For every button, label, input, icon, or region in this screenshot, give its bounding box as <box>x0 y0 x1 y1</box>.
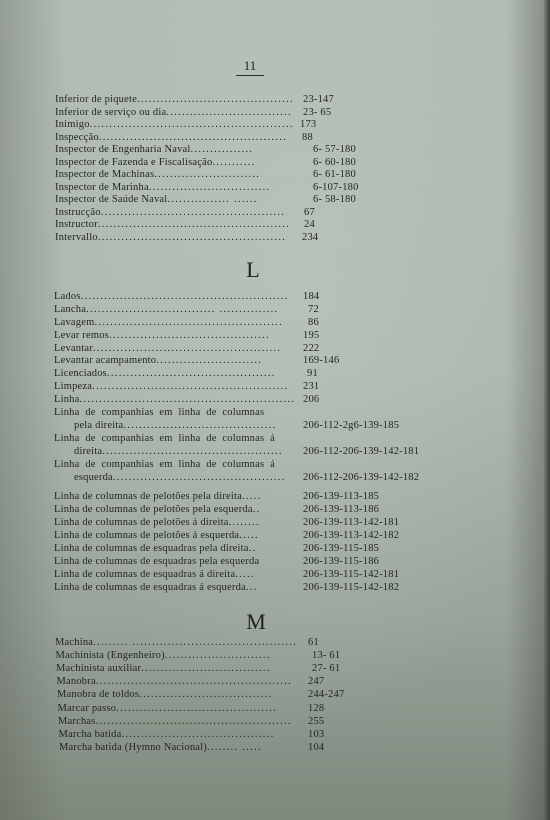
entry-term: Inimigo.................................… <box>55 118 294 131</box>
leader-dots: ................................. ......… <box>86 304 278 315</box>
entry-term: Instructor..............................… <box>55 218 290 231</box>
entry-term: Limpeza.................................… <box>54 380 288 393</box>
leader-dots: ........................................… <box>116 703 277 714</box>
page-number: 11 <box>200 58 300 74</box>
index-entry: Inimigo.................................… <box>55 118 495 131</box>
leader-dots: ........................................… <box>102 446 283 457</box>
entry-pages: 206-139-115-142-182 <box>303 581 399 594</box>
leader-dots: ........................................… <box>96 676 292 687</box>
leader-dots: ........................................… <box>94 317 282 328</box>
entry-term: Linha de columnas de esquadras pela esqu… <box>54 555 259 568</box>
entry-term: Inspector de Engenharia Naval...........… <box>55 143 253 156</box>
leader-dots: ............................... <box>149 182 271 193</box>
entry-pages: 206-139-115-185 <box>303 542 379 555</box>
leader-dots: ..... <box>242 491 262 502</box>
index-entry: Inferior de piquete.....................… <box>55 93 495 106</box>
entry-pages: 195 <box>303 329 319 342</box>
leader-dots: ........................... <box>156 355 262 366</box>
leader-dots: ........................................… <box>80 394 296 405</box>
entry-term: Intervallo..............................… <box>55 231 286 244</box>
leader-dots: ........................................… <box>93 343 281 354</box>
entry-term: Machinista (Engenheiro).................… <box>56 649 271 662</box>
entry-pages: 247 <box>308 675 324 688</box>
entry-term: Linha de columnas de pelotões pela esque… <box>54 503 261 516</box>
leader-dots: ................ <box>191 144 254 155</box>
index-entry: Inspector de Engenharia Naval...........… <box>55 143 495 156</box>
entry-term: Linha de columnas de pelotões á direita.… <box>54 516 260 529</box>
leader-dots: ......... ..............................… <box>93 637 297 648</box>
entry-pages: 255 <box>308 715 324 728</box>
index-entry: Levar remos.............................… <box>54 329 494 342</box>
index-entry: Linha de columnas de pelotões á direita.… <box>54 516 494 529</box>
entry-term: Manobra.................................… <box>57 675 293 688</box>
leader-dots: ........................................ <box>137 94 294 105</box>
entry-pages: 206-112-206-139-142-181 <box>303 445 419 458</box>
entry-pages: 244-247 <box>308 688 344 701</box>
entry-pages: 234 <box>302 231 318 244</box>
entry-pages: 6- 57-180 <box>313 143 356 156</box>
leader-dots: ........................................… <box>81 291 289 302</box>
leader-dots: ....................................... <box>121 729 274 740</box>
leader-dots: ........... <box>212 157 255 168</box>
entry-term: Manobra de toldos.......................… <box>57 688 273 701</box>
leader-dots: ........................................… <box>101 207 285 218</box>
entry-term: Linha de companhias em linha de columnas <box>54 406 264 419</box>
leader-dots: ..... <box>235 569 255 580</box>
index-entry: Marchas.................................… <box>58 715 498 728</box>
entry-pages: 206-139-115-186 <box>303 555 379 568</box>
entry-term: Marcar passo............................… <box>58 702 278 715</box>
entry-pages: 169-146 <box>303 354 339 367</box>
entry-pages: 86 <box>308 316 319 329</box>
entry-term: Inspector de Machinas...................… <box>55 168 260 181</box>
entry-term-continuation: direita.................................… <box>74 445 283 458</box>
index-entry: Linha de columnas de pelotões á esquerda… <box>54 529 494 542</box>
entry-term: Lados...................................… <box>54 290 289 303</box>
entry-pages: 184 <box>303 290 319 303</box>
entry-term: Machinista auxiliar.....................… <box>56 662 271 675</box>
leader-dots: ........................................… <box>92 381 288 392</box>
entry-pages: 206 <box>303 393 319 406</box>
entry-pages: 206-112-206-139-142-182 <box>303 471 419 484</box>
index-entry: Linha de columnas de pelotões pela esque… <box>54 503 494 516</box>
leader-dots: ........................................… <box>107 368 276 379</box>
entry-pages: 104 <box>308 741 324 754</box>
index-entry: Lancha................................. … <box>54 303 494 316</box>
entry-term: Marcha batida...........................… <box>59 728 275 741</box>
index-entry: Linha de companhias em linha de columnas… <box>54 406 494 432</box>
entry-pages: 72 <box>308 303 319 316</box>
leader-dots: ... <box>246 582 258 593</box>
index-entry: Lados...................................… <box>54 290 494 303</box>
entry-pages: 128 <box>308 702 324 715</box>
index-entry: Linha de columnas de esquadras pela dire… <box>54 542 494 555</box>
entry-term: Linha de columnas de pelotões pela direi… <box>54 490 262 503</box>
index-entry: Linha...................................… <box>54 393 494 406</box>
index-entry: Linha de columnas de pelotões pela direi… <box>54 490 494 503</box>
leader-dots: ........................................… <box>113 472 286 483</box>
leader-dots: ........................... <box>154 169 260 180</box>
entry-pages: 206-139-115-142-181 <box>303 568 399 581</box>
index-entry: Inspector de Saúde Naval................… <box>55 193 495 206</box>
index-entry: Manobra.................................… <box>57 675 497 688</box>
entry-pages: 206-139-113-142-181 <box>303 516 399 529</box>
index-entry: Linha de columnas de esquadras á direita… <box>54 568 494 581</box>
leader-dots: .................................. <box>139 689 272 700</box>
entry-pages: 27- 61 <box>312 662 340 675</box>
leader-dots: ........................................… <box>99 132 287 143</box>
entry-pages: 103 <box>308 728 324 741</box>
entry-term: Lavagem.................................… <box>54 316 283 329</box>
entry-pages: 206-139-113-142-182 <box>303 529 399 542</box>
leader-dots: ........................................… <box>90 119 294 130</box>
leader-dots: ........ ..... <box>207 742 262 753</box>
entry-term: Licenciados.............................… <box>54 367 276 380</box>
index-entry: Levantar acampamento....................… <box>54 354 494 367</box>
index-entry: Machina......... .......................… <box>55 636 495 649</box>
entry-term: Linha de companhias em linha de columnas… <box>54 458 275 471</box>
leader-dots: ................ ...... <box>167 194 257 205</box>
index-entry: Linha de columnas de esquadras á esquerd… <box>54 581 494 594</box>
entry-term: Linha de columnas de esquadras á direita… <box>54 568 255 581</box>
index-entry: Machinista auxiliar.....................… <box>56 662 496 675</box>
index-entry: Lavagem.................................… <box>54 316 494 329</box>
index-entry: Instructor..............................… <box>55 218 495 231</box>
leader-dots: ..... <box>239 530 259 541</box>
entry-term: Linha de columnas de pelotões á esquerda… <box>54 529 259 542</box>
leader-dots: ........................................… <box>98 219 290 230</box>
entry-pages: 24 <box>304 218 315 231</box>
index-entry: Limpeza.................................… <box>54 380 494 393</box>
leader-dots: ....................................... <box>123 420 276 431</box>
index-entry: Marcha batida (Hymno Nacional)........ .… <box>59 741 499 754</box>
index-entry: Marcar passo............................… <box>58 702 498 715</box>
entry-term: Levantar acampamento....................… <box>54 354 262 367</box>
leader-dots: ........................................… <box>98 232 286 243</box>
entry-term: Lancha................................. … <box>54 303 278 316</box>
entry-term-continuation: pela direita............................… <box>74 419 276 432</box>
entry-pages: 61 <box>308 636 319 649</box>
entry-pages: 206-112-2g6-139-185 <box>303 419 399 432</box>
entry-term: Linha de companhias em linha de columnas… <box>54 432 275 445</box>
entry-pages: 231 <box>303 380 319 393</box>
index-entry: Intervallo..............................… <box>55 231 495 244</box>
index-entry: Licenciados.............................… <box>54 367 494 380</box>
leader-dots: ................................. <box>141 663 271 674</box>
index-entry: Manobra de toldos.......................… <box>57 688 497 701</box>
entry-term: Levar remos.............................… <box>54 329 270 342</box>
index-entry: Linha de columnas de esquadras pela esqu… <box>54 555 494 568</box>
page-edge <box>544 0 550 820</box>
entry-term: Machina......... .......................… <box>55 636 297 649</box>
entry-term: Inspector de Saúde Naval................… <box>55 193 258 206</box>
entry-pages: 173 <box>300 118 316 131</box>
index-entry: Marcha batida...........................… <box>59 728 499 741</box>
entry-pages: 91 <box>307 367 318 380</box>
leader-dots: .. <box>253 504 261 515</box>
entry-term: Inferior de piquete.....................… <box>55 93 294 106</box>
entry-term-continuation: esquerda................................… <box>74 471 286 484</box>
entry-pages: 206-139-113-185 <box>303 490 379 503</box>
entry-pages: 206-139-113-186 <box>303 503 379 516</box>
leader-dots: ........................................… <box>96 716 292 727</box>
index-entry: Inspector de Machinas...................… <box>55 168 495 181</box>
entry-pages: 6- 61-180 <box>313 168 356 181</box>
entry-term: Linha...................................… <box>54 393 295 406</box>
section-heading-l: L <box>203 257 303 283</box>
section-heading-m: M <box>206 609 306 635</box>
entry-term: Marcha batida (Hymno Nacional)........ .… <box>59 741 262 754</box>
leader-dots: ........................... <box>165 650 271 661</box>
entry-term: Marchas.................................… <box>58 715 292 728</box>
leader-dots: ........................................… <box>109 330 270 341</box>
leader-dots: ................................ <box>166 107 292 118</box>
entry-term: Linha de columnas de esquadras á esquerd… <box>54 581 258 594</box>
entry-pages: 6- 58-180 <box>313 193 356 206</box>
entry-term: Linha de columnas de esquadras pela dire… <box>54 542 256 555</box>
leader-dots: .. <box>249 543 257 554</box>
index-entry: Machinista (Engenheiro).................… <box>56 649 496 662</box>
index-entry: Linha de companhias em linha de columnas… <box>54 432 494 458</box>
page-number-rule <box>236 75 264 76</box>
index-entry: Linha de companhias em linha de columnas… <box>54 458 494 484</box>
entry-pages: 23-147 <box>303 93 334 106</box>
leader-dots: ........ <box>229 517 260 528</box>
entry-pages: 13- 61 <box>312 649 340 662</box>
